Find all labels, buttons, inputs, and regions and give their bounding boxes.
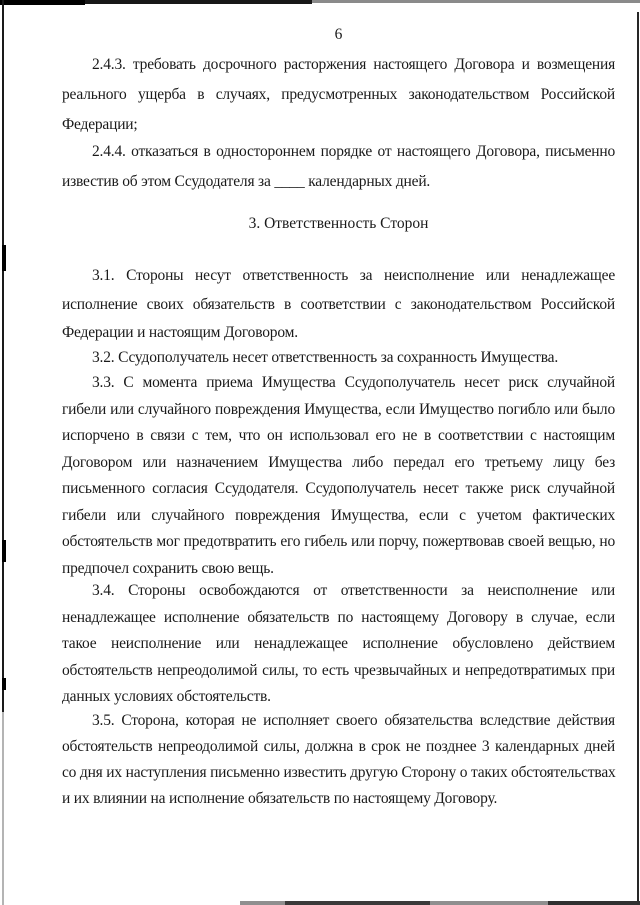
scan-edge-left-lower: [2, 712, 4, 905]
scan-edge-right: [637, 12, 639, 905]
paragraph-line: ненадлежащее исполнение обязательств по …: [62, 605, 615, 632]
paragraph: 3.5. Сторона, которая не исполняет своег…: [62, 708, 615, 812]
paragraph-line: со дня их наступления письменно известит…: [62, 760, 615, 786]
paragraph-line: 2.4.4. отказаться в одностороннем порядк…: [62, 137, 615, 167]
paragraph-line: такое неисполнение или ненадлежащее испо…: [62, 631, 615, 658]
paragraph-line: гибели или случайного повреждения Имущес…: [62, 503, 615, 530]
paragraph-line: 3.4. Стороны освобождаются от ответствен…: [62, 578, 615, 605]
paragraph-line: обстоятельств непреодолимой силы, то ест…: [62, 658, 615, 685]
paragraph-line: известив об этом Ссудодателя за ____ кал…: [62, 167, 615, 197]
paragraph: 3.1. Стороны несут ответственность за не…: [62, 262, 615, 348]
paragraph: 3.4. Стороны освобождаются от ответствен…: [62, 578, 615, 711]
paragraph: 2.4.4. отказаться в одностороннем порядк…: [62, 137, 615, 197]
paragraph-line: Договором или назначением Имущества либо…: [62, 450, 615, 477]
paragraph-line: исполнение своих обязательств в соответс…: [62, 291, 615, 320]
paragraph-line: испорчено в связи с тем, что он использо…: [62, 423, 615, 450]
scan-edge-left: [2, 0, 4, 712]
paragraph-line: 3.2. Ссудополучатель несет ответственнос…: [62, 344, 615, 372]
paragraph-line: данных условиях обстоятельств.: [62, 684, 615, 711]
paragraph: 2.4.3. требовать досрочного расторжения …: [62, 50, 615, 140]
page-container: 6 2.4.3. требовать досрочного расторжени…: [0, 0, 640, 905]
document-content: 2.4.3. требовать досрочного расторжения …: [62, 0, 615, 905]
paragraph-line: 3.5. Сторона, которая не исполняет своег…: [62, 708, 615, 734]
paragraph-line: гибели или случайного повреждения Имущес…: [62, 397, 615, 424]
paragraph-line: обстоятельств непреодолимой силы, должна…: [62, 734, 615, 760]
paragraph: 3.2. Ссудополучатель несет ответственнос…: [62, 344, 615, 372]
paragraph-line: письменного согласия Ссудодателя. Ссудоп…: [62, 476, 615, 503]
paragraph-line: Федерации;: [62, 110, 615, 140]
scan-mark-left-2: [2, 540, 6, 562]
paragraph-line: 3.1. Стороны несут ответственность за не…: [62, 262, 615, 291]
paragraph-line: обстоятельств мог предотвратить его гибе…: [62, 529, 615, 556]
paragraph-line: и их влиянии на исполнение обязательств …: [62, 786, 615, 812]
scan-mark-left-1: [2, 245, 6, 271]
paragraph: 3.3. С момента приема Имущества Ссудопол…: [62, 370, 615, 582]
paragraph-line: реального ущерба в случаях, предусмотрен…: [62, 80, 615, 110]
scanned-contract-page: { "page_number": "6", "colors": { "backg…: [0, 0, 640, 905]
paragraph-line: 3.3. С момента приема Имущества Ссудопол…: [62, 370, 615, 397]
section-heading: 3. Ответственность Сторон: [62, 212, 615, 238]
paragraph-line: 2.4.3. требовать досрочного расторжения …: [62, 50, 615, 80]
scan-mark-left-3: [2, 678, 6, 690]
